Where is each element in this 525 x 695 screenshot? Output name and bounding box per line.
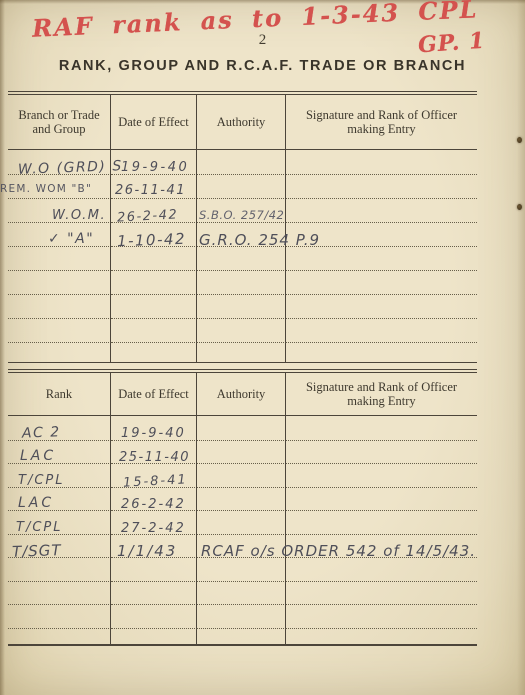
- date-cell: [111, 270, 197, 295]
- signature-cell: [286, 174, 477, 199]
- date-cell: 1/1/43: [111, 534, 197, 559]
- authority-cell: [197, 557, 286, 582]
- rank-cell: AC 2: [8, 416, 111, 441]
- table-row: [8, 294, 477, 318]
- signature-cell: [286, 557, 477, 582]
- authority-cell: [197, 440, 286, 465]
- header-date: Date of Effect: [111, 95, 197, 149]
- branch-cell: [8, 270, 111, 295]
- authority-cell: [197, 604, 286, 629]
- authority-cell: [197, 510, 286, 535]
- table-row: T/CPL 15-8-41: [8, 463, 477, 487]
- handwritten-branch: W.O.M.: [52, 208, 106, 223]
- spacer-cell: [286, 628, 477, 644]
- signature-cell: [286, 604, 477, 629]
- date-cell: 1-10-42: [111, 222, 197, 247]
- branch-cell: W.O (GRD) S: [8, 150, 111, 175]
- authority-cell: [197, 581, 286, 606]
- handwritten-date: 19-9-40: [121, 426, 186, 441]
- signature-cell: [286, 318, 477, 343]
- signature-cell: [286, 150, 477, 175]
- branch-cell: [8, 318, 111, 343]
- record-book-page: RAF rank as to 1-3-43 CPL GP. 1 2 RANK, …: [0, 0, 525, 695]
- handwritten-authority: S.B.O. 257/42: [199, 208, 284, 222]
- branch-cell: ✓ "A": [8, 222, 111, 247]
- table-row: AC 2 19-9-40: [8, 416, 477, 440]
- table-row: LAC 25-11-40: [8, 440, 477, 464]
- handwritten-authority: RCAF o/s ORDER 542 of 14/5/43.: [201, 542, 476, 560]
- trade-table-bottom-rule: [8, 342, 477, 363]
- signature-cell: [286, 198, 477, 223]
- rank-cell: [8, 604, 111, 629]
- binding-hole-icon: [517, 204, 522, 210]
- rank-table-body: AC 2 19-9-40 LAC 25-11-40 T/CPL 15-8-41 …: [8, 416, 477, 646]
- signature-cell: [286, 487, 477, 512]
- spacer-cell: [197, 628, 286, 644]
- handwritten-rank: LAC: [20, 448, 56, 464]
- rank-table: Rank Date of Effect Authority Signature …: [8, 369, 477, 646]
- trade-table-body: W.O (GRD) S 19-9-40 REM. WOM "B" 26-11-4…: [8, 150, 477, 363]
- signature-cell: [286, 416, 477, 441]
- signature-cell: [286, 294, 477, 319]
- signature-cell: [286, 463, 477, 488]
- signature-cell: [286, 581, 477, 606]
- rank-table-header-row: Rank Date of Effect Authority Signature …: [8, 373, 477, 416]
- handwritten-date: 19-9-40: [121, 160, 189, 175]
- handwritten-rank: T/CPL: [16, 520, 62, 535]
- authority-cell: G.R.O. 254 P.9: [197, 222, 286, 247]
- table-row: W.O.M. 26-2-42 S.B.O. 257/42: [8, 198, 477, 222]
- date-cell: 15-8-41: [111, 463, 197, 488]
- branch-cell: [8, 246, 111, 271]
- table-row: LAC 26-2-42: [8, 487, 477, 511]
- table-row: [8, 270, 477, 294]
- date-cell: 19-9-40: [111, 150, 197, 175]
- rank-cell: [8, 581, 111, 606]
- table-row: T/SGT 1/1/43 RCAF o/s ORDER 542 of 14/5/…: [8, 534, 477, 558]
- rank-cell: LAC: [8, 440, 111, 465]
- authority-cell: [197, 150, 286, 175]
- signature-cell: [286, 246, 477, 271]
- spacer-cell: [8, 628, 111, 644]
- date-cell: 19-9-40: [111, 416, 197, 441]
- rank-table-bottom-rule: [8, 628, 477, 646]
- header-branch: Branch or Trade and Group: [8, 95, 111, 149]
- branch-cell: [8, 294, 111, 319]
- date-cell: [111, 246, 197, 271]
- handwritten-rank: T/CPL: [18, 473, 64, 488]
- handwritten-authority: G.R.O. 254 P.9: [199, 231, 320, 249]
- page-title: RANK, GROUP AND R.C.A.F. TRADE OR BRANCH: [0, 58, 525, 74]
- authority-cell: [197, 174, 286, 199]
- date-cell: 27-2-42: [111, 510, 197, 535]
- header-authority: Authority: [197, 95, 286, 149]
- spacer-cell: [111, 342, 197, 362]
- spacer-cell: [111, 628, 197, 644]
- date-cell: 26-2-42: [111, 487, 197, 512]
- spacer-cell: [286, 342, 477, 362]
- spacer-cell: [8, 342, 111, 362]
- date-cell: [111, 604, 197, 629]
- trade-table-header-row: Branch or Trade and Group Date of Effect…: [8, 95, 477, 150]
- signature-cell: [286, 510, 477, 535]
- table-row: REM. WOM "B" 26-11-41: [8, 174, 477, 198]
- date-cell: [111, 581, 197, 606]
- authority-cell: [197, 463, 286, 488]
- authority-cell: RCAF o/s ORDER 542 of 14/5/43.: [197, 534, 286, 559]
- table-row: [8, 246, 477, 270]
- date-cell: 25-11-40: [111, 440, 197, 465]
- authority-cell: [197, 246, 286, 271]
- handwritten-rank: LAC: [18, 495, 54, 511]
- branch-cell: W.O.M.: [8, 198, 111, 223]
- date-cell: 26-11-41: [111, 174, 197, 199]
- authority-cell: [197, 416, 286, 441]
- signature-cell: [286, 440, 477, 465]
- table-row: W.O (GRD) S 19-9-40: [8, 150, 477, 174]
- header-rank: Rank: [8, 373, 111, 415]
- signature-cell: [286, 270, 477, 295]
- header-signature: Signature and Rank of Officer making Ent…: [286, 95, 477, 149]
- table-row: [8, 604, 477, 628]
- table-row: ✓ "A" 1-10-42 G.R.O. 254 P.9: [8, 222, 477, 246]
- date-cell: [111, 318, 197, 343]
- header-date: Date of Effect: [111, 373, 197, 415]
- rank-cell: LAC: [8, 487, 111, 512]
- spacer-cell: [197, 342, 286, 362]
- date-cell: 26-2-42: [111, 198, 197, 223]
- handwritten-branch: REM. WOM "B": [0, 183, 92, 195]
- authority-cell: [197, 318, 286, 343]
- table-row: [8, 581, 477, 605]
- date-cell: [111, 294, 197, 319]
- rank-cell: T/CPL: [8, 463, 111, 488]
- header-authority: Authority: [197, 373, 286, 415]
- binding-hole-icon: [517, 137, 522, 143]
- authority-cell: [197, 487, 286, 512]
- handwritten-branch: ✓ "A": [48, 231, 94, 247]
- rank-cell: T/CPL: [8, 510, 111, 535]
- page-number: 2: [0, 32, 525, 49]
- handwritten-date: 26-11-41: [115, 183, 186, 198]
- branch-cell: REM. WOM "B": [8, 174, 111, 199]
- trade-table: Branch or Trade and Group Date of Effect…: [8, 91, 477, 363]
- rank-cell: T/SGT: [8, 534, 111, 559]
- table-row: [8, 318, 477, 342]
- authority-cell: S.B.O. 257/42: [197, 198, 286, 223]
- authority-cell: [197, 294, 286, 319]
- date-cell: [111, 557, 197, 582]
- table-row: T/CPL 27-2-42: [8, 510, 477, 534]
- rank-cell: [8, 557, 111, 582]
- header-signature: Signature and Rank of Officer making Ent…: [286, 373, 477, 415]
- authority-cell: [197, 270, 286, 295]
- table-row: [8, 557, 477, 581]
